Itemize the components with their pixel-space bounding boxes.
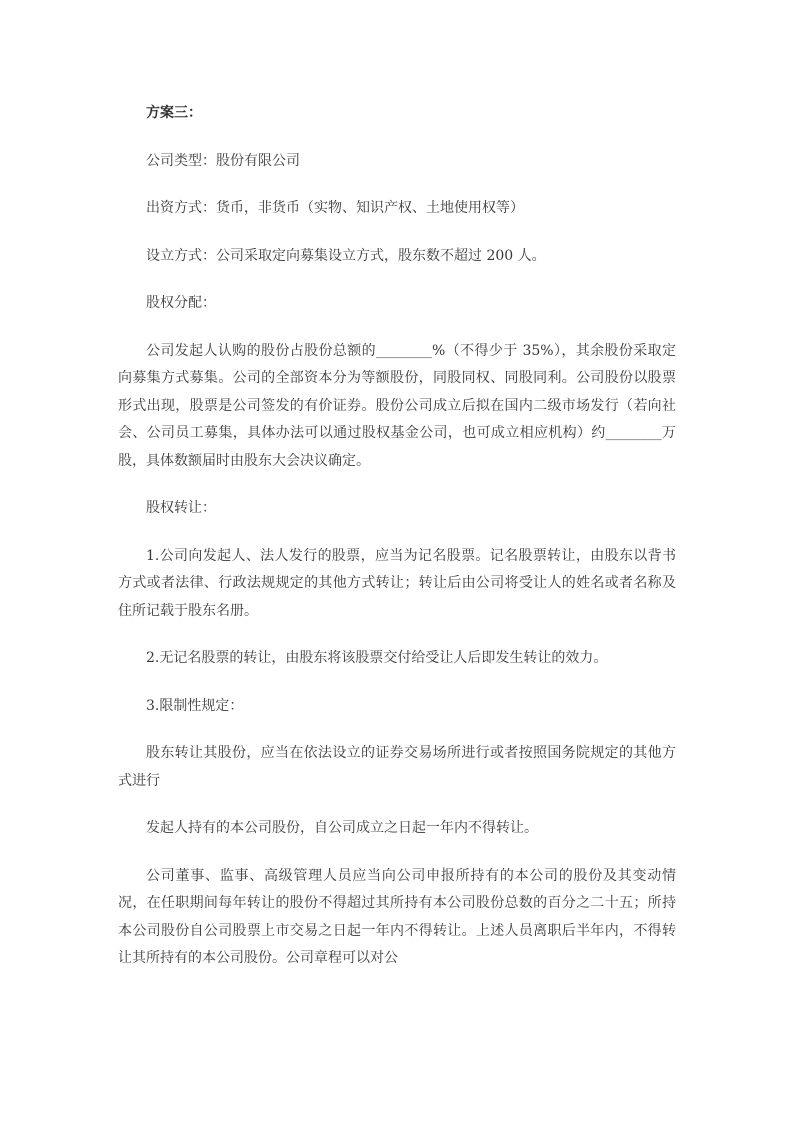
paragraph: 设立方式：公司采取定向募集设立方式，股东数不超过 200 人。 — [118, 243, 676, 271]
paragraph: 发起人持有的本公司股份，自公司成立之日起一年内不得转让。 — [118, 815, 676, 843]
paragraph: 股权分配： — [118, 290, 676, 318]
paragraph: 出资方式：货币，非货币（实物、知识产权、土地使用权等） — [118, 195, 676, 223]
document-title: 方案三： — [118, 100, 676, 128]
paragraph: 公司类型：股份有限公司 — [118, 148, 676, 176]
paragraph: 股权转让： — [118, 495, 676, 523]
document-page: 方案三： 公司类型：股份有限公司出资方式：货币，非货币（实物、知识产权、土地使用… — [0, 0, 793, 1122]
paragraph: 股东转让其股份，应当在依法设立的证券交易场所进行或者按照国务院规定的其他方式进行 — [118, 740, 676, 795]
paragraph: 公司发起人认购的股份占股份总额的________%（不得少于 35%），其余股份… — [118, 338, 676, 476]
paragraph: 3.限制性规定： — [118, 693, 676, 721]
paragraph: 1.公司向发起人、法人发行的股票，应当为记名股票。记名股票转让，由股东以背书方式… — [118, 543, 676, 626]
paragraph: 2.无记名股票的转让，由股东将该股票交付给受让人后即发生转让的效力。 — [118, 645, 676, 673]
document-body: 公司类型：股份有限公司出资方式：货币，非货币（实物、知识产权、土地使用权等）设立… — [118, 148, 676, 973]
paragraph: 公司董事、监事、高级管理人员应当向公司申报所持有的本公司的股份及其变动情况，在任… — [118, 863, 676, 973]
